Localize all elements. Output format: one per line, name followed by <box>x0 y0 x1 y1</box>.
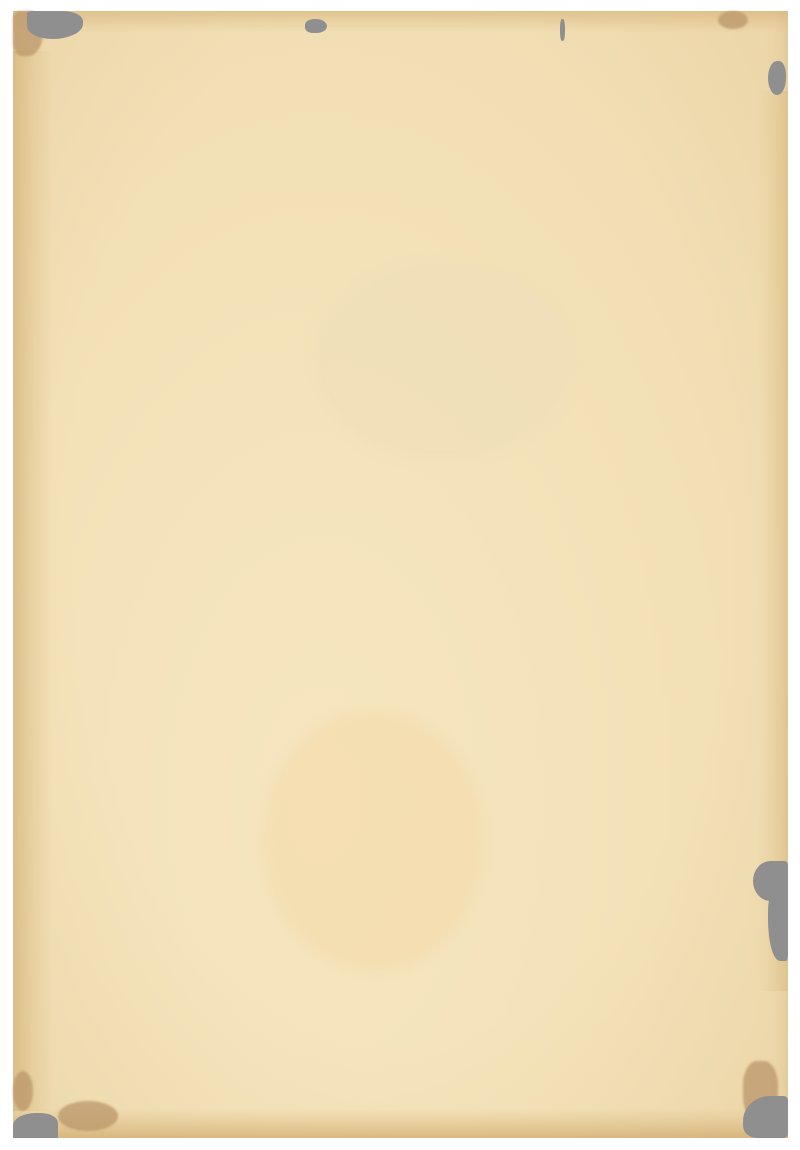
corner-stain-top-right <box>718 11 748 29</box>
corner-stain-bottom-left <box>13 1071 33 1111</box>
missing-patch-right-top <box>768 61 786 95</box>
upper-stain <box>313 261 573 461</box>
top-edge-stain <box>13 11 788 33</box>
missing-patch-top-left <box>27 11 83 39</box>
missing-patch-bottom-left <box>13 1113 58 1138</box>
right-edge-stain <box>758 91 788 991</box>
missing-patch-top <box>305 19 327 33</box>
center-stain <box>263 711 483 971</box>
missing-patch-top-nick <box>560 19 565 41</box>
aged-paper-sheet <box>13 11 788 1138</box>
left-edge-stain <box>13 51 53 1111</box>
bottom-edge-stain <box>13 1108 788 1138</box>
bottom-edge-blot <box>58 1101 118 1131</box>
